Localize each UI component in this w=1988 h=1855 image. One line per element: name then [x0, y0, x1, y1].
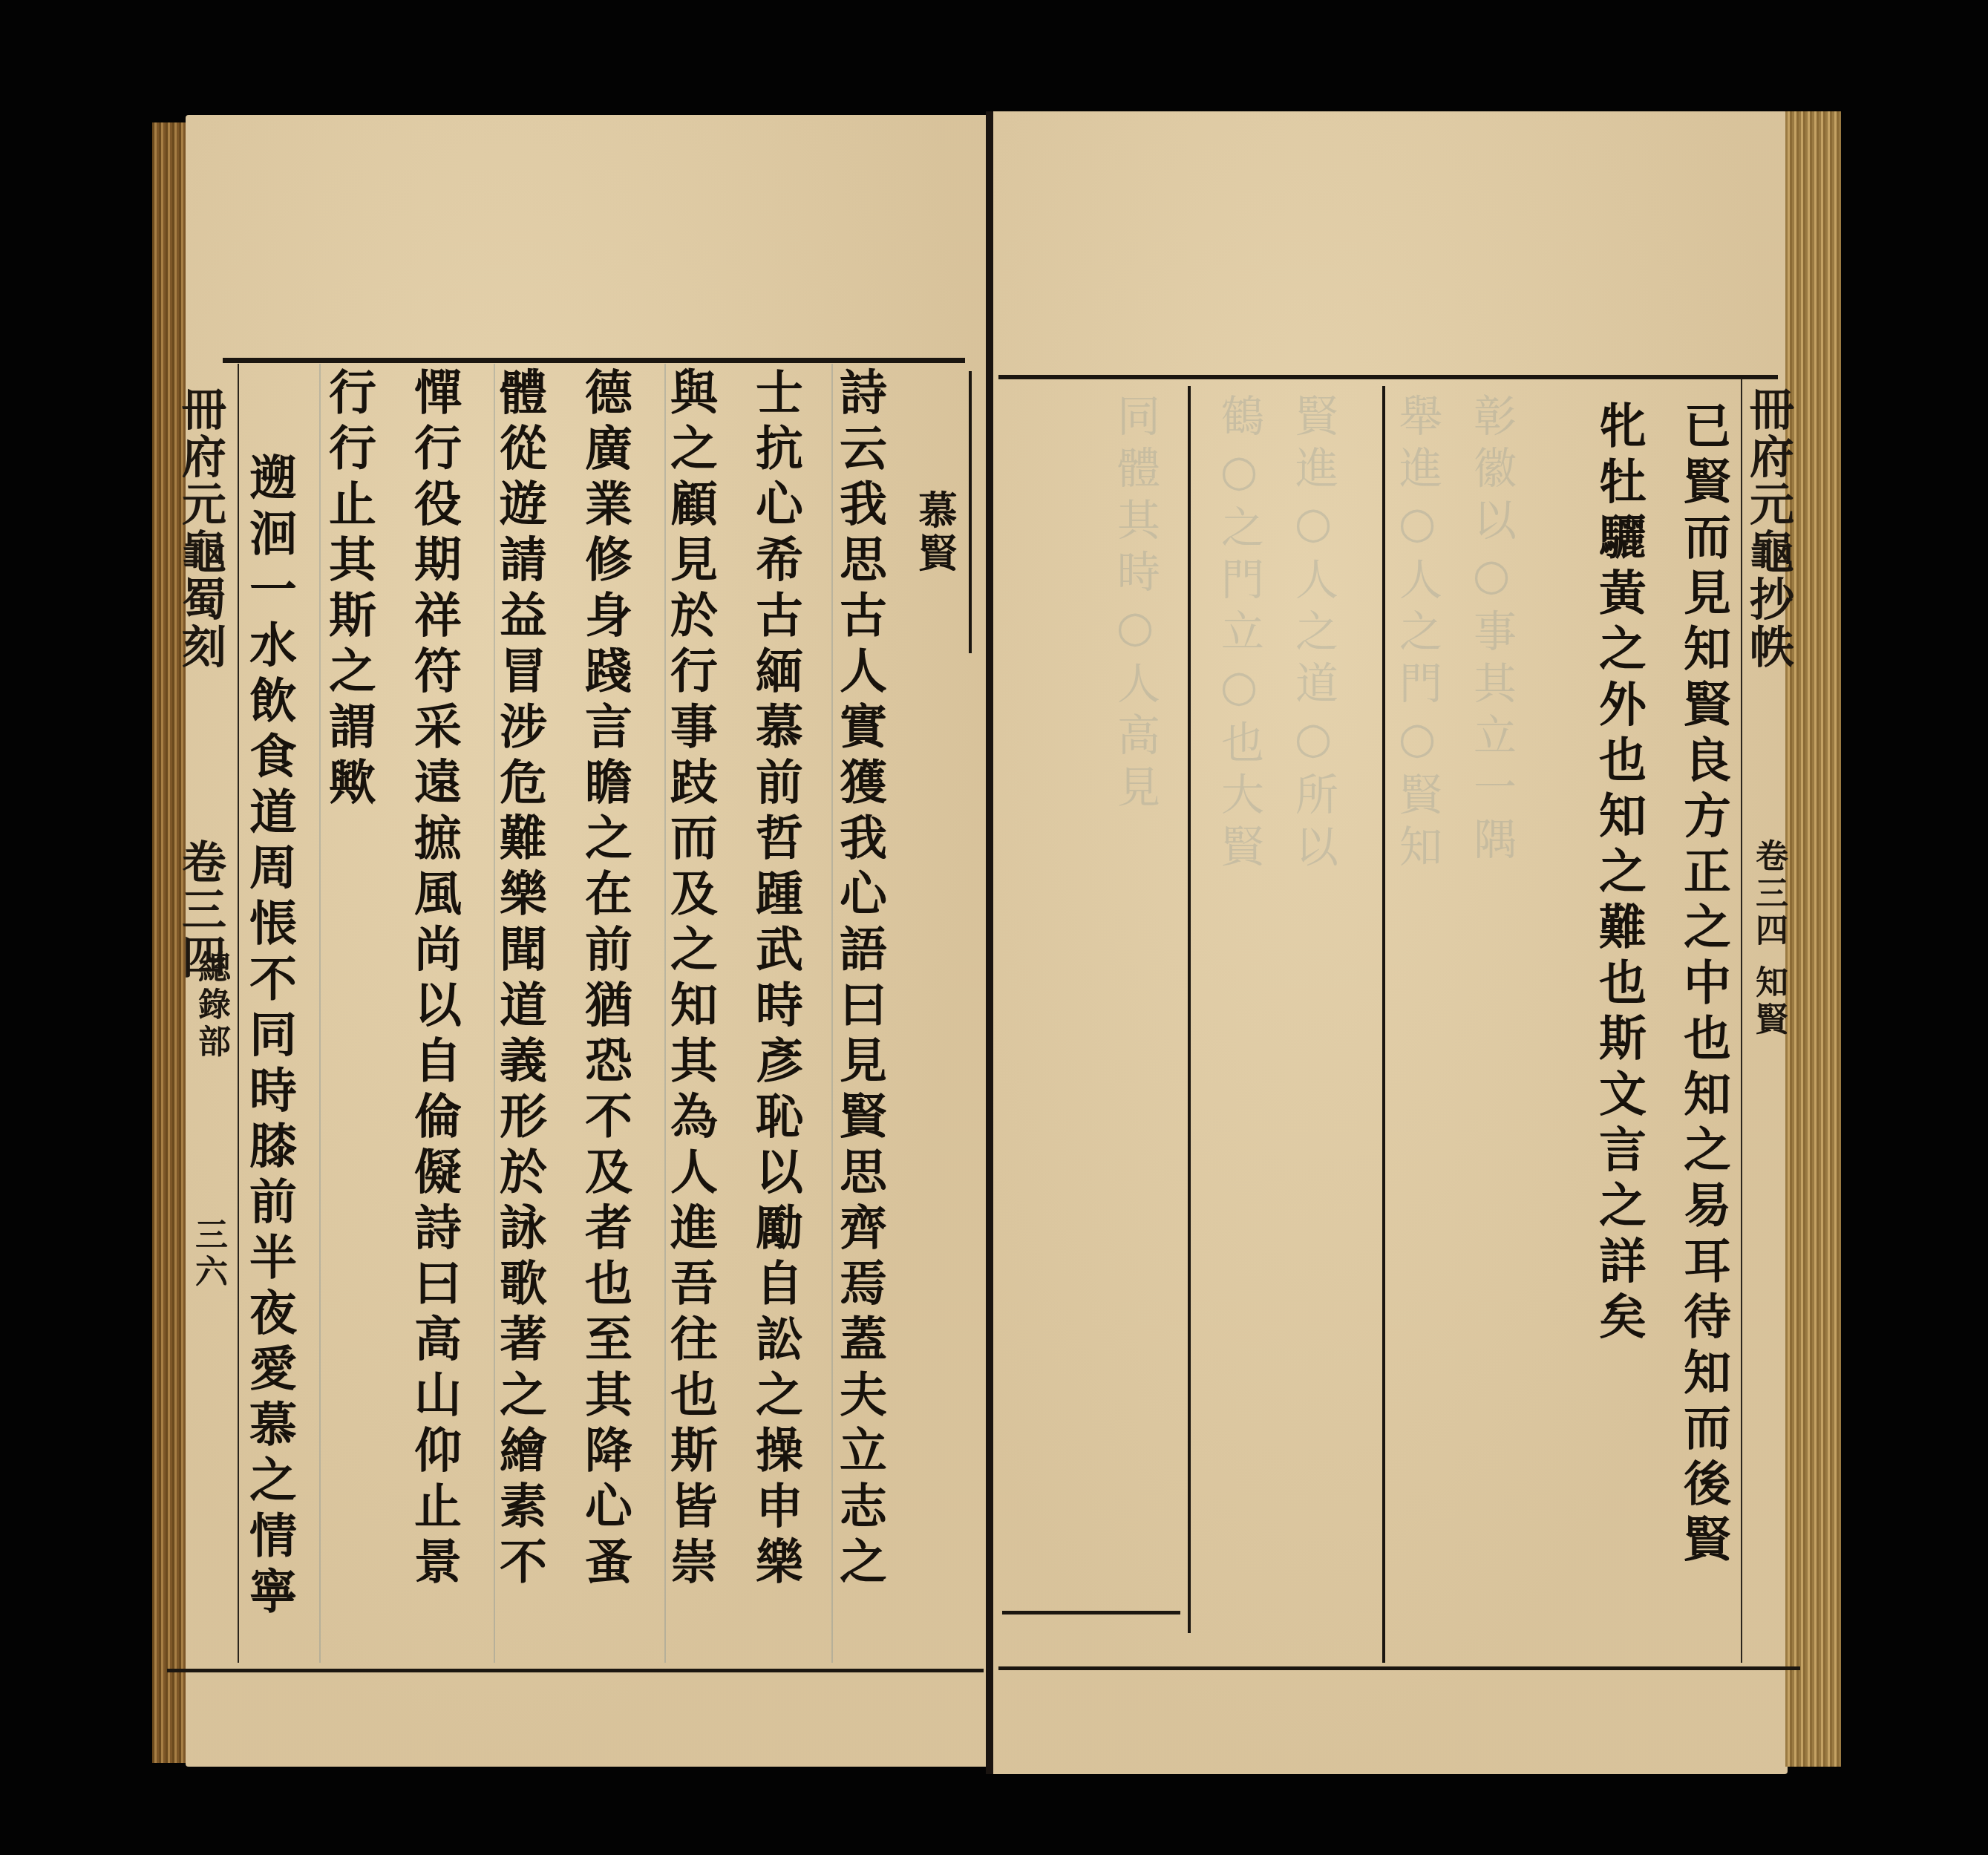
left-frame-bottom	[167, 1669, 984, 1672]
left-margin-section: 總錄部	[194, 950, 227, 1061]
text-column-4: 德廣業修身踐言瞻之在前猶恐不及者也至其降心蚤	[581, 367, 628, 1592]
right-margin-book-title: 冊府元龜抄帙	[1746, 386, 1791, 671]
left-margin-book-title: 冊府元龜蜀刻	[178, 386, 223, 671]
show-through-text: 同體其時○人高見	[1114, 393, 1157, 817]
book-gutter	[986, 111, 993, 1774]
right-margin-volume: 卷三四	[1752, 839, 1785, 950]
right-frame-top	[998, 375, 1778, 379]
left-margin-border	[238, 364, 239, 1663]
text-column-3: 與之顧見於行事跂而及之知其為人進吾往也斯皆崇	[666, 367, 713, 1592]
page-edge-stack-right	[1785, 111, 1841, 1767]
section-heading: 慕賢	[915, 490, 953, 576]
left-frame-top	[223, 358, 965, 363]
text-column-5: 體從遊請益冒涉危難樂聞道義形於詠歌著之繪素不	[495, 367, 543, 1592]
text-column-1: 詩云我思古人實獲我心語曰見賢思齊焉蓋夫立志之	[835, 367, 883, 1592]
right-text-column-1: 已賢而見知賢良方正之中也知之易耳待知而後賢	[1679, 401, 1727, 1570]
text-column-7: 行行止其斯之謂歟	[324, 367, 372, 813]
show-through-text: 彰徽以○事其立一隅	[1470, 393, 1513, 868]
show-through-text: 賢進○人之道○所以	[1292, 393, 1335, 876]
text-column-6: 憚行役期祥符采遠摭風尚以自倫儗詩曰高山仰止景	[410, 367, 457, 1592]
right-frame-inner-mid	[1382, 386, 1385, 1663]
show-through-text: 鶴○之門立○也大賢	[1217, 393, 1261, 876]
right-text-column-2: 牝牡驪黃之外也知之難也斯文言之詳矣	[1595, 401, 1642, 1347]
right-margin-section: 知賢	[1752, 965, 1785, 1039]
show-through-text: 舉進○人之門○賢知	[1396, 393, 1439, 876]
right-inner-bottom	[1002, 1611, 1180, 1614]
left-heading-border	[969, 371, 972, 653]
right-page	[993, 111, 1788, 1774]
text-column-8: 遡洄一水飲食道周悵不同時膝前半夜愛慕之情寧	[245, 453, 292, 1622]
text-column-2: 士抗心希古緬慕前哲踵武時彥恥以勵自訟之操申樂	[751, 367, 799, 1592]
right-frame-bottom	[998, 1666, 1800, 1670]
right-frame-inner-left	[1188, 386, 1191, 1633]
left-page-number: 三六	[192, 1217, 224, 1292]
